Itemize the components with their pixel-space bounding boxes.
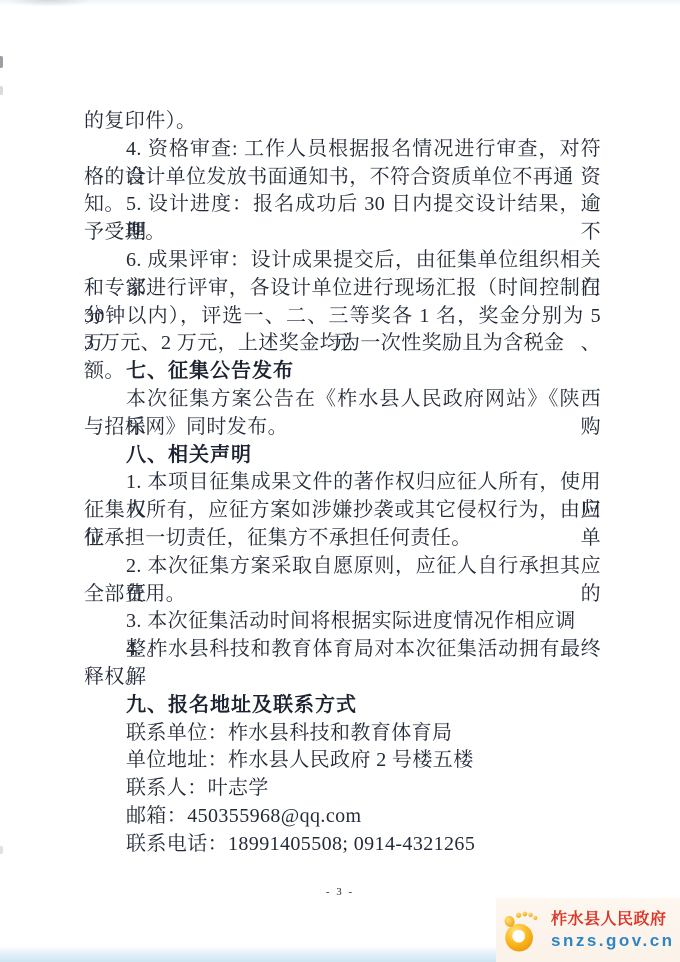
text-line: 4. 资格审查: 工作人员根据报名情况进行审查，对符合资 xyxy=(84,136,601,164)
text-line: 联系电话：18991405508; 0914-4321265 xyxy=(84,831,601,859)
scan-smudge xyxy=(6,0,92,7)
text-line: 联系人：叶志学 xyxy=(84,775,601,803)
text-line: 和专家进行评审，各设计单位进行现场汇报（时间控制在 30 xyxy=(84,275,601,303)
text-line: 5. 设计进度：报名成功后 30 日内提交设计结果，逾期不 xyxy=(84,191,601,219)
text-line: 1. 本项目征集成果文件的著作权归应征人所有，使用权归 xyxy=(84,469,601,497)
scanned-document-page: 的复印件）。4. 资格审查: 工作人员根据报名情况进行审查，对符合资格的设计单位… xyxy=(0,0,680,962)
section-heading: 七、征集公告发布 xyxy=(84,358,601,386)
text-line: 释权。 xyxy=(84,664,601,692)
text-line: 单位地址：柞水县人民政府 2 号楼五楼 xyxy=(84,747,601,775)
text-line: 的复印件）。 xyxy=(84,108,601,136)
text-line: 联系单位：柞水县科技和教育体育局 xyxy=(84,720,601,748)
text-line: 格的设计单位发放书面通知书，不符合资质单位不再通知。 xyxy=(84,164,601,192)
page-number: - 3 - xyxy=(0,886,680,898)
footprint-icon xyxy=(501,908,543,954)
gov-site-url: snzs.gov.cn xyxy=(551,930,675,951)
text-line: 分钟以内），评选一、二、三等奖各 1 名，奖金分别为 5 万元、 xyxy=(84,303,601,331)
text-line: 3. 本次征集活动时间将根据实际进度情况作相应调整。 xyxy=(84,608,601,636)
gov-watermark: 柞水县人民政府 snzs.gov.cn xyxy=(496,898,680,962)
section-heading: 八、相关声明 xyxy=(84,442,601,470)
text-line: 邮箱：450355968@qq.com xyxy=(84,803,601,831)
scan-edge-mark xyxy=(0,56,3,68)
text-line: 本次征集方案公告在《柞水县人民政府网站》《陕西采购 xyxy=(84,386,601,414)
watermark-text: 柞水县人民政府 snzs.gov.cn xyxy=(551,910,675,951)
scan-edge-mark xyxy=(0,846,3,854)
scan-edge-mark xyxy=(0,86,3,95)
text-line: 3 万元、2 万元，上述奖金均为一次性奖励且为含税金额。 xyxy=(84,330,601,358)
text-line: 2. 本次征集方案采取自愿原则，应征人自行承担其应征的 xyxy=(84,553,601,581)
gov-org-name: 柞水县人民政府 xyxy=(551,910,675,930)
text-line: 征集人所有，应征方案如涉嫌抄袭或其它侵权行为，由应征单 xyxy=(84,497,601,525)
section-heading: 九、报名地址及联系方式 xyxy=(84,692,601,720)
document-body: 的复印件）。4. 资格审查: 工作人员根据报名情况进行审查，对符合资格的设计单位… xyxy=(84,108,601,859)
text-line: 6. 成果评审：设计成果提交后，由征集单位组织相关部门 xyxy=(84,247,601,275)
scan-top-band xyxy=(0,0,680,6)
text-line: 4. 柞水县科技和教育体育局对本次征集活动拥有最终解 xyxy=(84,636,601,664)
